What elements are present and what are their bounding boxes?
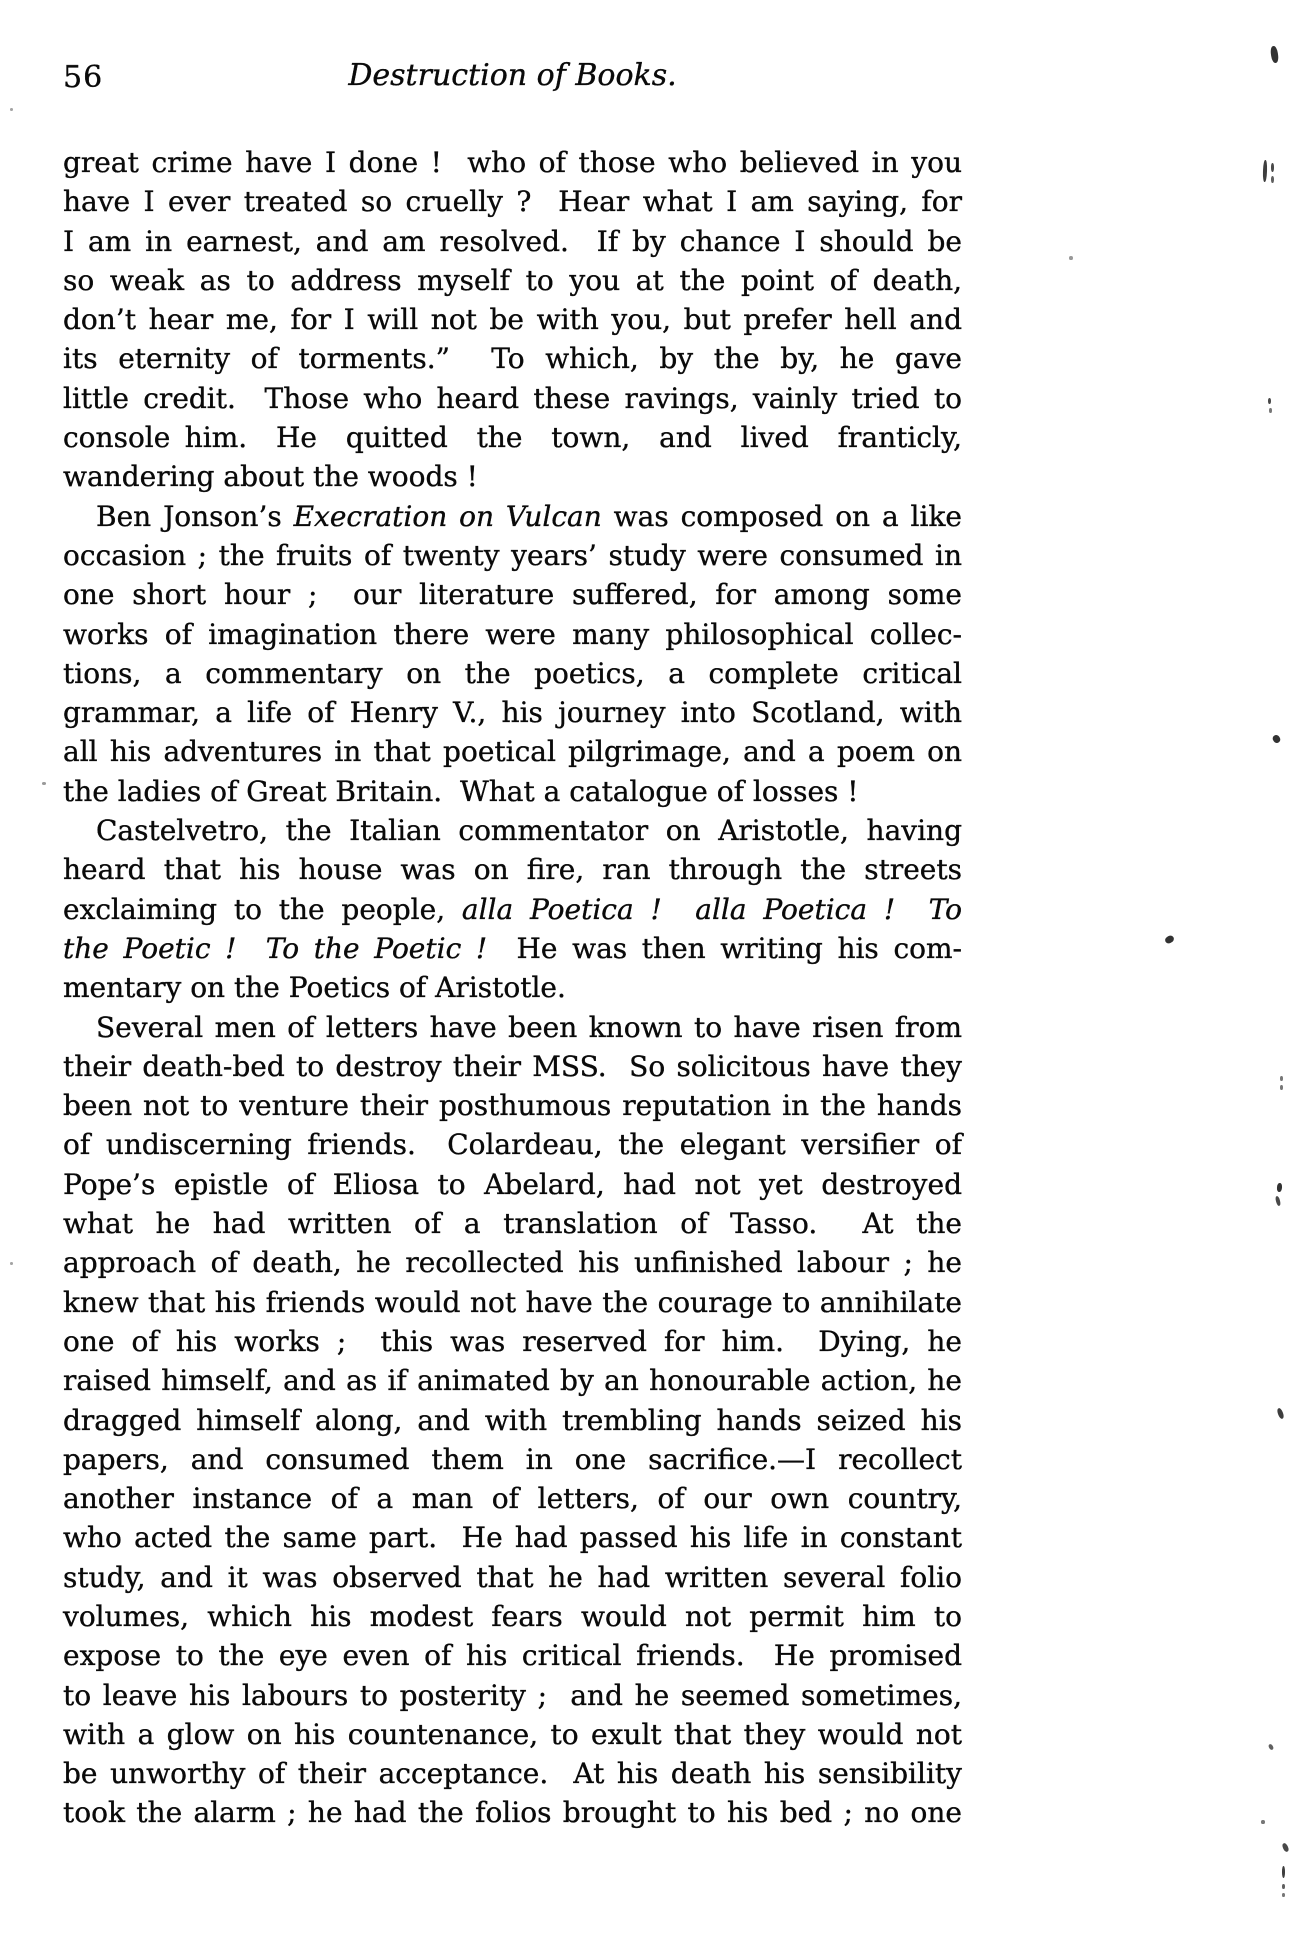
ink-speck — [1280, 1085, 1283, 1090]
body-text: study, and it was observed that he had w… — [63, 1561, 962, 1594]
body-text: to leave his labours to posterity ; and … — [63, 1679, 962, 1712]
text-line: be unworthy of their acceptance. At his … — [63, 1754, 962, 1793]
italic-text: alla Poetica ! alla Poetica ! — [462, 893, 895, 926]
body-text: of undiscerning friends. Colardeau, the … — [63, 1128, 962, 1161]
text-line: to leave his labours to posterity ; and … — [63, 1676, 962, 1715]
italic-text: the Poetic ! To the Poetic ! — [63, 932, 487, 965]
ink-speck — [1263, 160, 1268, 182]
ink-speck — [1164, 934, 1175, 945]
ink-speck — [1261, 1820, 1265, 1824]
text-line: took the alarm ; he had the folios broug… — [63, 1793, 962, 1832]
text-line: study, and it was observed that he had w… — [63, 1558, 962, 1597]
text-line: Pope’s epistle of Eliosa to Abelard, had… — [63, 1165, 962, 1204]
text-line: papers, and consumed them in one sacrifi… — [63, 1440, 962, 1479]
ink-speck — [1271, 734, 1281, 745]
text-line: tions, a commentary on the poetics, a co… — [63, 654, 962, 693]
paragraph: Castelvetro, the Italian commentator on … — [63, 811, 962, 1007]
text-line: have I ever treated so cruelly ? Hear wh… — [63, 182, 962, 221]
text-line: I am in earnest, and am resolved. If by … — [63, 222, 962, 261]
text-line: one of his works ; this was reserved for… — [63, 1322, 962, 1361]
body-text: great crime have I done ! who of those w… — [63, 146, 962, 179]
text-line: what he had written of a translation of … — [63, 1204, 962, 1243]
body-text: what he had written of a translation of … — [63, 1207, 962, 1240]
body-text: was composed on a like — [602, 500, 962, 533]
text-line: works of imagination there were many phi… — [63, 615, 962, 654]
body-text: the ladies of Great Britain. What a cata… — [63, 775, 859, 808]
body-text — [895, 893, 929, 926]
ink-speck — [1069, 256, 1073, 260]
text-line: mentary on the Poetics of Aristotle. — [63, 968, 962, 1007]
text-line: one short hour ; our literature suffered… — [63, 575, 962, 614]
body-text: so weak as to address myself to you at t… — [63, 264, 962, 297]
body-text: He was then writing his com- — [487, 932, 962, 965]
body-text: mentary on the Poetics of Aristotle. — [63, 971, 566, 1004]
ink-speck — [1268, 1743, 1274, 1750]
body-text: who acted the same part. He had passed h… — [63, 1521, 962, 1554]
text-line: expose to the eye even of his critical f… — [63, 1636, 962, 1675]
italic-text: Execration on Vulcan — [294, 500, 602, 533]
ink-speck — [1282, 1866, 1285, 1878]
body-text: all his adventures in that poetical pilg… — [63, 735, 962, 768]
text-line: grammar, a life of Henry V., his journey… — [63, 693, 962, 732]
body-text: been not to venture their posthumous rep… — [63, 1089, 962, 1122]
text-line: who acted the same part. He had passed h… — [63, 1518, 962, 1557]
running-title: Destruction of Books. — [63, 58, 962, 93]
text-line: Castelvetro, the Italian commentator on … — [63, 811, 962, 850]
body-text: approach of death, he recollected his un… — [63, 1246, 962, 1279]
ink-speck — [1281, 1842, 1289, 1852]
text-line: another instance of a man of letters, of… — [63, 1479, 962, 1518]
ink-speck — [1270, 46, 1279, 64]
text-line: Ben Jonson’s Execration on Vulcan was co… — [63, 497, 962, 536]
body-text: raised himself, and as if animated by an… — [63, 1364, 962, 1397]
body-text: grammar, a life of Henry V., his journey… — [63, 696, 962, 729]
body-text: I am in earnest, and am resolved. If by … — [63, 225, 962, 258]
text-line: occasion ; the fruits of twenty years’ s… — [63, 536, 962, 575]
text-line: little credit. Those who heard these rav… — [63, 379, 962, 418]
body-text: works of imagination there were many phi… — [63, 618, 962, 651]
text-line: don’t hear me, for I will not be with yo… — [63, 300, 962, 339]
text-line: with a glow on his countenance, to exult… — [63, 1715, 962, 1754]
text-line: exclaiming to the people, alla Poetica !… — [63, 890, 962, 929]
ink-speck — [1282, 1893, 1285, 1897]
body-text: volumes, which his modest fears would no… — [63, 1600, 962, 1633]
text-line: their death-bed to destroy their MSS. So… — [63, 1047, 962, 1086]
page-body: great crime have I done ! who of those w… — [63, 143, 962, 1833]
book-page: 56 Destruction of Books. great crime hav… — [0, 0, 1298, 1951]
text-line: heard that his house was on fire, ran th… — [63, 850, 962, 889]
text-line: approach of death, he recollected his un… — [63, 1243, 962, 1282]
ink-speck — [1275, 1196, 1281, 1207]
ink-speck — [1269, 408, 1272, 413]
text-line: so weak as to address myself to you at t… — [63, 261, 962, 300]
italic-text: To — [929, 893, 962, 926]
body-text: one short hour ; our literature suffered… — [63, 578, 962, 611]
text-line: been not to venture their posthumous rep… — [63, 1086, 962, 1125]
text-line: the Poetic ! To the Poetic ! He was then… — [63, 929, 962, 968]
text-line: Several men of letters have been known t… — [63, 1008, 962, 1047]
body-text: another instance of a man of letters, of… — [63, 1482, 962, 1515]
text-line: dragged himself along, and with tremblin… — [63, 1401, 962, 1440]
body-text: little credit. Those who heard these rav… — [63, 382, 962, 415]
body-text: one of his works ; this was reserved for… — [63, 1325, 962, 1358]
body-text: don’t hear me, for I will not be with yo… — [63, 303, 962, 336]
body-text: tions, a commentary on the poetics, a co… — [63, 657, 962, 690]
ink-speck — [10, 108, 13, 111]
body-text: knew that his friends would not have the… — [63, 1286, 962, 1319]
body-text: be unworthy of their acceptance. At his … — [63, 1757, 962, 1790]
body-text: took the alarm ; he had the folios broug… — [63, 1796, 962, 1829]
body-text: wandering about the woods ! — [63, 460, 478, 493]
ink-speck — [42, 782, 46, 785]
text-line: all his adventures in that poetical pilg… — [63, 732, 962, 771]
paragraph: Several men of letters have been known t… — [63, 1008, 962, 1833]
body-text: its eternity of torments.” To which, by … — [63, 342, 962, 375]
ink-speck — [1271, 176, 1274, 183]
body-text: heard that his house was on fire, ran th… — [63, 853, 962, 886]
ink-speck — [1271, 163, 1274, 172]
page-header: 56 Destruction of Books. — [63, 58, 962, 100]
body-text: with a glow on his countenance, to exult… — [63, 1718, 962, 1751]
body-text: occasion ; the fruits of twenty years’ s… — [63, 539, 962, 572]
text-line: raised himself, and as if animated by an… — [63, 1361, 962, 1400]
paragraph: Ben Jonson’s Execration on Vulcan was co… — [63, 497, 962, 811]
text-line: the ladies of Great Britain. What a cata… — [63, 772, 962, 811]
body-text: console him. He quitted the town, and li… — [63, 421, 962, 454]
text-line: console him. He quitted the town, and li… — [63, 418, 962, 457]
ink-speck — [1280, 1076, 1283, 1081]
body-text: papers, and consumed them in one sacrifi… — [63, 1443, 962, 1476]
text-line: great crime have I done ! who of those w… — [63, 143, 962, 182]
ink-speck — [1277, 1183, 1283, 1192]
ink-speck — [1268, 398, 1271, 404]
text-line: wandering about the woods ! — [63, 457, 962, 496]
body-text: expose to the eye even of his critical f… — [63, 1639, 962, 1672]
ink-speck — [1276, 1407, 1284, 1419]
body-text: Several men of letters have been known t… — [96, 1011, 962, 1044]
text-line: knew that his friends would not have the… — [63, 1283, 962, 1322]
body-text: have I ever treated so cruelly ? Hear wh… — [63, 185, 962, 218]
body-text: exclaiming to the people, — [63, 893, 462, 926]
ink-speck — [10, 1262, 13, 1265]
body-text: Castelvetro, the Italian commentator on … — [96, 814, 962, 847]
body-text: Pope’s epistle of Eliosa to Abelard, had… — [63, 1168, 962, 1201]
text-line: its eternity of torments.” To which, by … — [63, 339, 962, 378]
body-text: Ben Jonson’s — [96, 500, 294, 533]
ink-speck — [1282, 1884, 1285, 1889]
paragraph: great crime have I done ! who of those w… — [63, 143, 962, 497]
body-text: their death-bed to destroy their MSS. So… — [63, 1050, 962, 1083]
text-line: volumes, which his modest fears would no… — [63, 1597, 962, 1636]
text-line: of undiscerning friends. Colardeau, the … — [63, 1125, 962, 1164]
body-text: dragged himself along, and with tremblin… — [63, 1404, 962, 1437]
